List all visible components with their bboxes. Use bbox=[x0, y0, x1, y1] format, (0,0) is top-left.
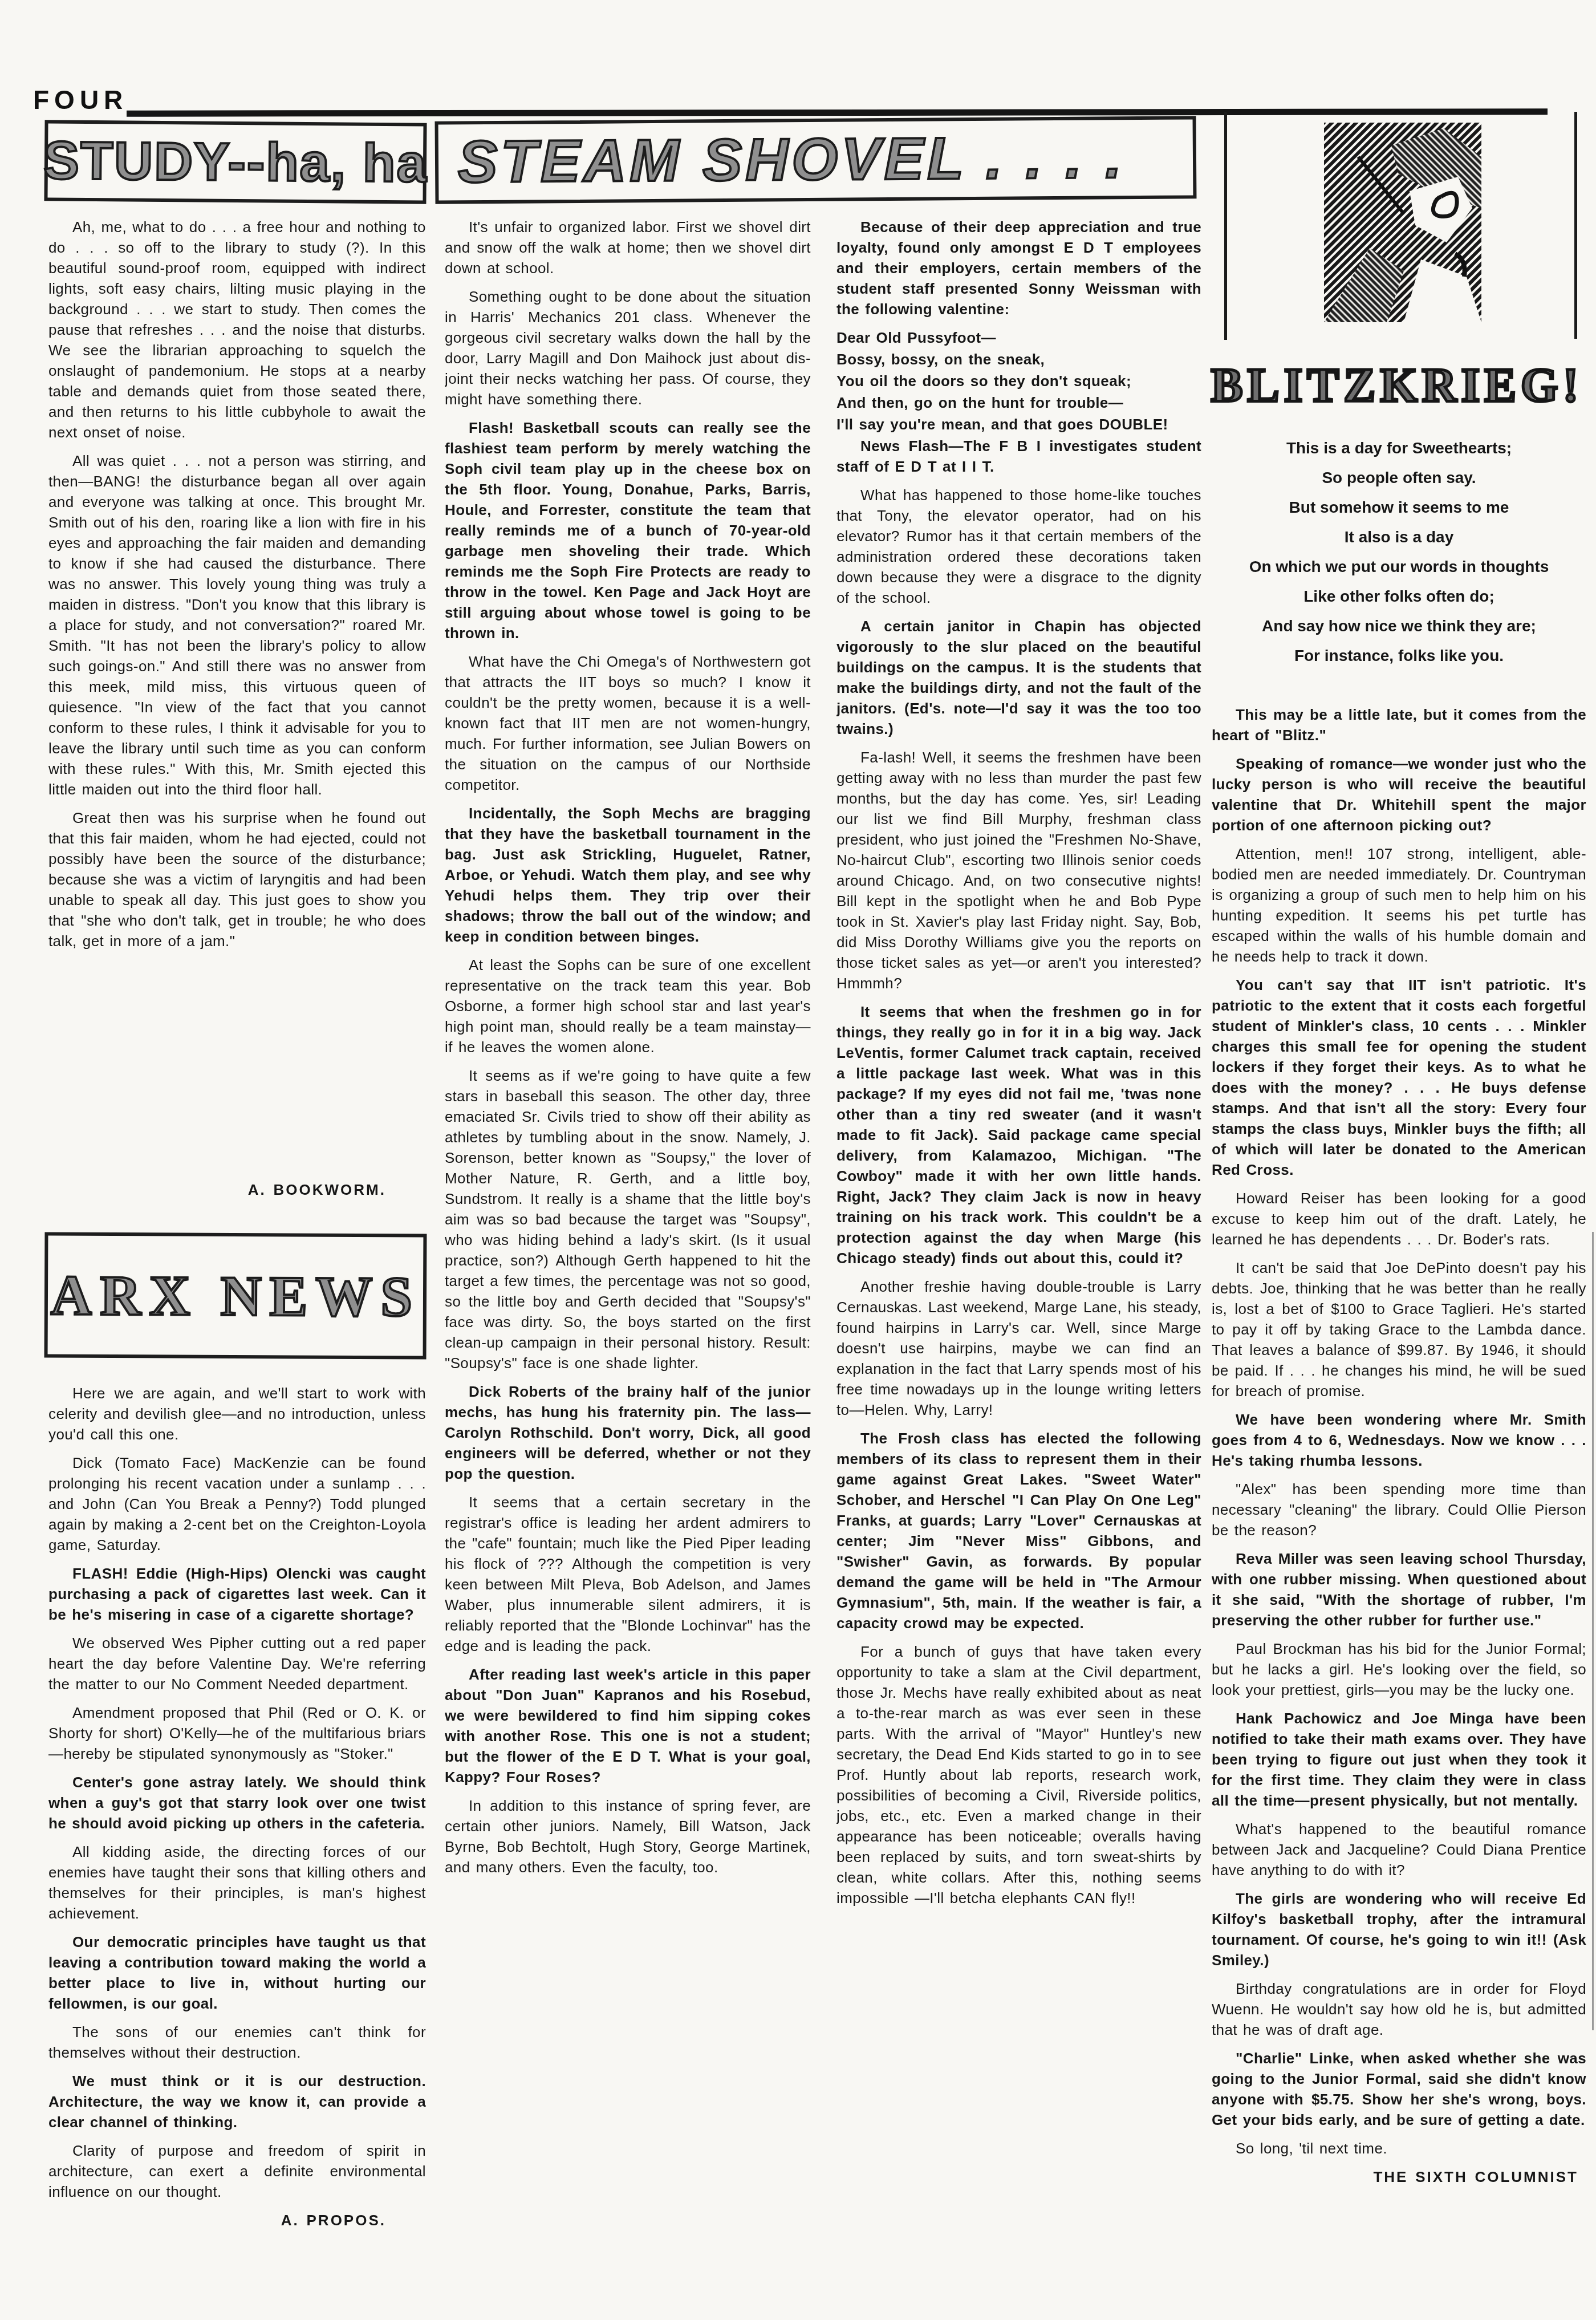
arx-news-signature: A. PROPOS. bbox=[48, 2210, 426, 2230]
article-paragraph: After reading last week's article in thi… bbox=[445, 1664, 811, 1787]
steam-shovel-column-two: Because of their deep appreciation and t… bbox=[836, 217, 1201, 2304]
article-paragraph: Great then was his surprise when he foun… bbox=[48, 808, 426, 951]
article-paragraph: So long, 'til next time. bbox=[1212, 2138, 1586, 2159]
article-paragraph: Another freshie having double-trouble is… bbox=[836, 1276, 1201, 1420]
article-paragraph: Our democratic principles have taught us… bbox=[48, 1932, 426, 2014]
poem-line: And then, go on the hunt for trouble— bbox=[836, 392, 1201, 413]
article-paragraph: A certain janitor in Chapin has objected… bbox=[836, 616, 1201, 739]
article-paragraph: News Flash—The F B I investigates studen… bbox=[836, 436, 1201, 477]
poem-line: You oil the doors so they don't squeak; bbox=[836, 371, 1201, 391]
article-paragraph: We must think or it is our destruction. … bbox=[48, 2071, 426, 2132]
article-paragraph: Hank Pachowicz and Joe Minga have been n… bbox=[1212, 1708, 1586, 1811]
article-paragraph: Something ought to be done about the sit… bbox=[445, 286, 811, 409]
article-paragraph: Dick Roberts of the brainy half of the j… bbox=[445, 1381, 811, 1484]
blitzkrieg-poem: This is a day for Sweethearts;So people … bbox=[1212, 433, 1586, 671]
article-paragraph: All was quiet . . . not a person was sti… bbox=[48, 451, 426, 800]
article-paragraph: In addition to this instance of spring f… bbox=[445, 1795, 811, 1877]
article-paragraph: The Frosh class has elected the followin… bbox=[836, 1428, 1201, 1633]
study-article-body: Ah, me, what to do . . . a free hour and… bbox=[48, 217, 426, 1212]
article-paragraph: "Charlie" Linke, when asked whether she … bbox=[1212, 2048, 1586, 2130]
article-paragraph: Howard Reiser has been looking for a goo… bbox=[1212, 1188, 1586, 1250]
poem-line: So people often say. bbox=[1212, 463, 1586, 493]
article-paragraph: All kidding aside, the directing forces … bbox=[48, 1842, 426, 1924]
article-paragraph: What have the Chi Omega's of Northwester… bbox=[445, 651, 811, 795]
article-paragraph: Flash! Basketball scouts can really see … bbox=[445, 417, 811, 643]
article-paragraph: It seems that when the freshmen go in fo… bbox=[836, 1001, 1201, 1268]
article-paragraph: At least the Sophs can be sure of one ex… bbox=[445, 955, 811, 1057]
masthead-rule bbox=[127, 108, 1548, 116]
poem-line: On which we put our words in thoughts bbox=[1212, 552, 1586, 582]
article-paragraph: What's happened to the beautiful romance… bbox=[1212, 1819, 1586, 1880]
article-paragraph: Speaking of romance—we wonder just who t… bbox=[1212, 753, 1586, 835]
article-paragraph: Paul Brockman has his bid for the Junior… bbox=[1212, 1638, 1586, 1700]
article-paragraph: Birthday congratulations are in order fo… bbox=[1212, 1978, 1586, 2040]
arx-news-headline-box: ARX NEWS bbox=[44, 1232, 427, 1360]
poem-line: But somehow it seems to me bbox=[1212, 493, 1586, 522]
poem-line: And say how nice we think they are; bbox=[1212, 611, 1586, 641]
study-article-title: STUDY--ha, ha bbox=[43, 129, 428, 194]
study-signature: A. BOOKWORM. bbox=[48, 1179, 426, 1200]
article-paragraph: Here we are again, and we'll start to wo… bbox=[48, 1383, 426, 1445]
poem-line: This is a day for Sweethearts; bbox=[1212, 433, 1586, 463]
article-paragraph: For a bunch of guys that have taken ever… bbox=[836, 1641, 1201, 1908]
article-paragraph: We observed Wes Pipher cutting out a red… bbox=[48, 1633, 426, 1694]
steam-shovel-column-one: It's unfair to organized labor. First we… bbox=[445, 217, 811, 2304]
study-signature-row: A. BOOKWORM. bbox=[48, 1176, 426, 1200]
article-paragraph: Ah, me, what to do . . . a free hour and… bbox=[48, 217, 426, 443]
newspaper-page: FOUR STUDY--ha, ha Ah, me, what to do . … bbox=[0, 0, 1596, 2320]
article-paragraph: It's unfair to organized labor. First we… bbox=[445, 217, 811, 278]
scan-edge-artifact bbox=[1592, 1232, 1594, 2030]
article-paragraph: "Alex" has been spending more time than … bbox=[1212, 1479, 1586, 1540]
article-paragraph: What has happened to those home-like tou… bbox=[836, 485, 1201, 608]
article-paragraph: Reva Miller was seen leaving school Thur… bbox=[1212, 1548, 1586, 1631]
arx-news-paragraphs: Here we are again, and we'll start to wo… bbox=[48, 1383, 426, 2202]
article-paragraph: It seems that a certain secretary in the… bbox=[445, 1492, 811, 1656]
column-divider-rule-left bbox=[1224, 112, 1227, 340]
article-paragraph: The sons of our enemies can't think for … bbox=[48, 2022, 426, 2063]
poem-line: Bossy, bossy, on the sneak, bbox=[836, 349, 1201, 370]
column-divider-rule-right bbox=[1574, 112, 1577, 339]
page-number-label: FOUR bbox=[33, 84, 128, 115]
blitzkrieg-title: BLITZKRIEG! bbox=[1203, 358, 1591, 413]
poem-line: Dear Old Pussyfoot— bbox=[836, 327, 1201, 348]
article-paragraph: Clarity of purpose and freedom of spirit… bbox=[48, 2140, 426, 2202]
arx-news-body: Here we are again, and we'll start to wo… bbox=[48, 1383, 426, 2307]
blitzkrieg-paragraphs: This may be a little late, but it comes … bbox=[1212, 704, 1586, 2159]
arx-news-title: ARX NEWS bbox=[51, 1262, 421, 1329]
article-paragraph: You can't say that IIT isn't patriotic. … bbox=[1212, 975, 1586, 1180]
steam-shovel-headline-box: STEAM SHOVEL . . . . bbox=[435, 116, 1197, 204]
article-paragraph: The girls are wondering who will receive… bbox=[1212, 1888, 1586, 1970]
article-paragraph: Because of their deep appreciation and t… bbox=[836, 217, 1201, 319]
article-paragraph: Amendment proposed that Phil (Red or O. … bbox=[48, 1702, 426, 1764]
article-paragraph: It can't be said that Joe DePinto doesn'… bbox=[1212, 1258, 1586, 1401]
study-headline-box: STUDY--ha, ha bbox=[44, 120, 427, 204]
article-paragraph: Incidentally, the Soph Mechs are braggin… bbox=[445, 803, 811, 947]
woodcut-valentine-illustration bbox=[1324, 123, 1481, 322]
poem-line: For instance, folks like you. bbox=[1212, 641, 1586, 671]
article-paragraph: Dick (Tomato Face) MacKenzie can be foun… bbox=[48, 1453, 426, 1555]
article-paragraph: Attention, men!! 107 strong, intelligent… bbox=[1212, 843, 1586, 967]
article-paragraph: Center's gone astray lately. We should t… bbox=[48, 1772, 426, 1834]
article-paragraph: FLASH! Eddie (High-Hips) Olencki was cau… bbox=[48, 1563, 426, 1625]
article-paragraph: We have been wondering where Mr. Smith g… bbox=[1212, 1409, 1586, 1471]
blitzkrieg-signature: THE SIXTH COLUMNIST bbox=[1212, 2167, 1586, 2187]
steam-shovel-title: STEAM SHOVEL . . . . bbox=[458, 124, 1126, 196]
poem-line: I'll say you're mean, and that goes DOUB… bbox=[836, 414, 1201, 435]
blitzkrieg-body: This may be a little late, but it comes … bbox=[1212, 704, 1586, 2307]
article-paragraph: This may be a little late, but it comes … bbox=[1212, 704, 1586, 745]
article-paragraph: Fa-lash! Well, it seems the freshmen hav… bbox=[836, 747, 1201, 993]
article-paragraph: It seems as if we're going to have quite… bbox=[445, 1065, 811, 1373]
poem-line: Like other folks often do; bbox=[1212, 582, 1586, 611]
poem-line: It also is a day bbox=[1212, 522, 1586, 552]
